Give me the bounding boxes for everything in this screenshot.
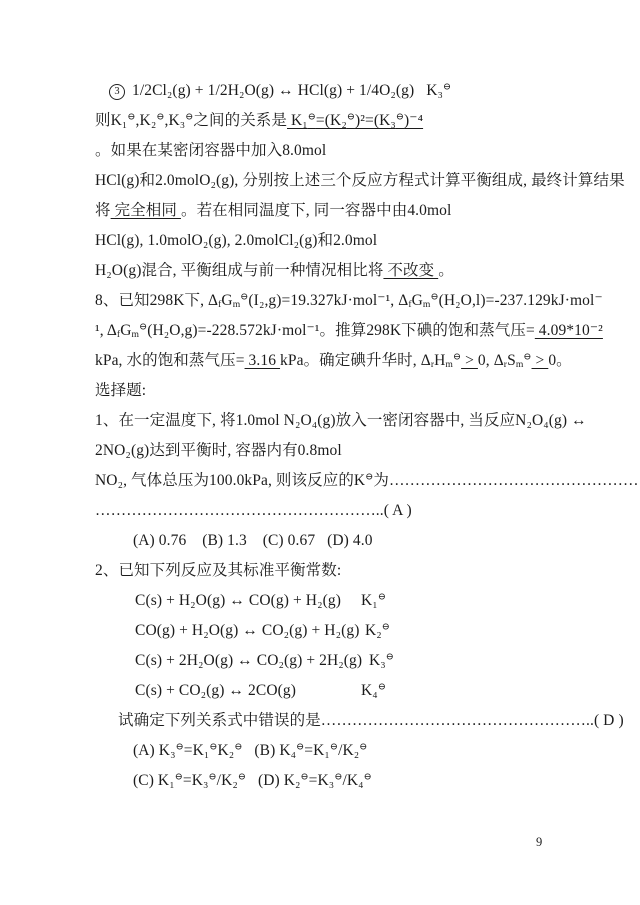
text-line: (A) 0.76 (B) 1.3 (C) 0.67 (D) 4.0: [95, 526, 595, 556]
document-body: 3 1/2Cl₂(g) + 1/2H₂O(g) ↔ HCl(g) + 1/4O₂…: [95, 76, 595, 796]
text-line: 则K₁⊖,K₂⊖,K₃⊖之间的关系是 K₁⊖=(K₂⊖)²=(K₃⊖)⁻⁴: [95, 106, 595, 136]
reaction-equation: C(s) + H₂O(g) ↔ CO(g) + H₂(g): [135, 586, 361, 616]
text-line: kPa, 水的饱和蒸气压= 3.16 kPa。确定碘升华时, ΔrHm⊖ > 0…: [95, 346, 595, 376]
text-line: 。如果在某密闭容器中加入8.0mol: [95, 136, 595, 166]
text-line: 将 完全相同 。若在相同温度下, 同一容器中由4.0mol: [95, 196, 595, 226]
reaction-row: C(s) + H₂O(g) ↔ CO(g) + H₂(g)K₁⊖: [95, 586, 595, 616]
text-line: (C) K₁⊖=K₃⊖/K₂⊖ (D) K₂⊖=K₃⊖/K₄⊖: [95, 766, 595, 796]
equilibrium-constant-label: K₂⊖: [361, 616, 390, 646]
reaction-row: C(s) + 2H₂O(g) ↔ CO₂(g) + 2H₂(g) K₃⊖: [95, 646, 595, 676]
text-line: 2NO₂(g)达到平衡时, 容器内有0.8mol: [95, 436, 595, 466]
reaction-equation: C(s) + CO₂(g) ↔ 2CO(g): [135, 676, 361, 706]
text-line: 3 1/2Cl₂(g) + 1/2H₂O(g) ↔ HCl(g) + 1/4O₂…: [95, 76, 595, 106]
text-line: ………………………………………………..( A ): [95, 496, 595, 526]
text-line: 试确定下列关系式中错误的是……………………………………………..( D ): [95, 706, 595, 736]
text-line: HCl(g)和2.0molO₂(g), 分别按上述三个反应方程式计算平衡组成, …: [95, 166, 595, 196]
text-line: 选择题:: [95, 376, 595, 406]
reaction-row: C(s) + CO₂(g) ↔ 2CO(g)K₄⊖: [95, 676, 595, 706]
text-line: NO₂, 气体总压为100.0kPa, 则该反应的K⊖为…………………………………: [95, 466, 595, 496]
equilibrium-constant-label: K₃⊖: [361, 646, 394, 676]
text-line: 2、已知下列反应及其标准平衡常数:: [95, 556, 595, 586]
text-line: (A) K₃⊖=K₁⊖K₂⊖ (B) K₄⊖=K₁⊖/K₂⊖: [95, 736, 595, 766]
text-line: H₂O(g)混合, 平衡组成与前一种情况相比将 不改变 。: [95, 256, 595, 286]
text-line: 1、在一定温度下, 将1.0mol N₂O₄(g)放入一密闭容器中, 当反应N₂…: [95, 406, 595, 436]
text-line: ¹, ΔfGm⊖(H₂O,g)=-228.572kJ·mol⁻¹。推算298K下…: [95, 316, 595, 346]
reaction-equation: CO(g) + H₂O(g) ↔ CO₂(g) + H₂(g): [135, 616, 361, 646]
equilibrium-constant-label: K₄⊖: [361, 676, 386, 706]
reaction-row: CO(g) + H₂O(g) ↔ CO₂(g) + H₂(g) K₂⊖: [95, 616, 595, 646]
equilibrium-constant-label: K₁⊖: [361, 586, 386, 616]
text-line: 8、已知298K下, ΔfGm⊖(I₂,g)=19.327kJ·mol⁻¹, Δ…: [95, 286, 595, 316]
reaction-equation: C(s) + 2H₂O(g) ↔ CO₂(g) + 2H₂(g): [135, 646, 361, 676]
text-line: HCl(g), 1.0molO₂(g), 2.0molCl₂(g)和2.0mol: [95, 226, 595, 256]
page-number: 9: [536, 835, 542, 849]
